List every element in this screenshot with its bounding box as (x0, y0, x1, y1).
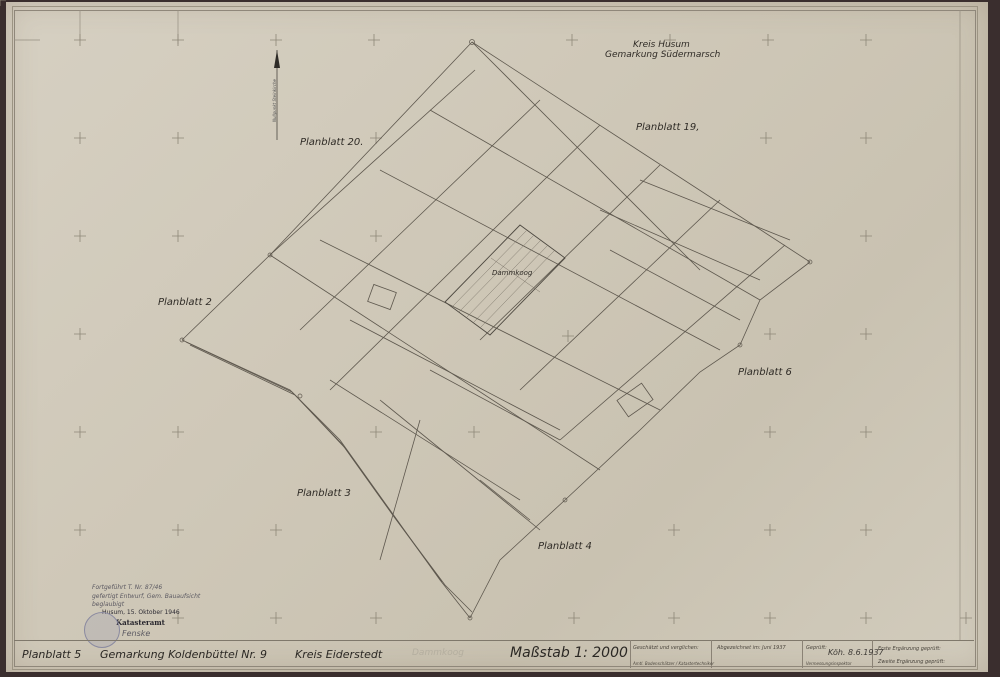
kreis-name: Kreis Eiderstedt (295, 648, 382, 661)
drawn-label: Abgezeichnet im: Juni 1937 (717, 645, 786, 651)
adjacent-sheet-19: Planblatt 19, (636, 122, 699, 133)
adjacent-sheet-20: Planblatt 20. (300, 137, 363, 148)
annotation-line-2: gefertigt Entwurf, Gem. Bauaufsicht (92, 593, 200, 600)
faded-stamp: Dammkoog (412, 648, 464, 658)
estimated-label: Geschätzt und verglichen: (633, 645, 699, 651)
north-arrow-label: Nullpunkt Steinkirche (272, 79, 277, 122)
adjacent-sheet-4: Planblatt 4 (538, 541, 592, 552)
adjacent-sheet-6: Planblatt 6 (738, 367, 792, 378)
annotation-signature: Fenske (122, 629, 150, 638)
annotation-place-date: Husum, 15. Oktober 1946 (102, 609, 180, 616)
sheet-number: Planblatt 5 (22, 648, 81, 661)
annotation-office: Katasteramt (116, 618, 165, 627)
annotation-line-3: beglaubigt (92, 601, 124, 608)
grid-crosses (0, 0, 6, 6)
grid-marks (74, 34, 972, 624)
cadastral-map (0, 0, 1000, 677)
gemarkung-name: Gemarkung Koldenbüttel Nr. 9 (100, 648, 267, 661)
annotation-line-1: Fortgeführt T. Nr. 87/46 (92, 584, 162, 591)
first-supplement-label: Erste Ergänzung geprüft: (878, 646, 941, 652)
estimated-sub: Amtl. Bodenschätzer / Katastertechniker (633, 661, 714, 666)
dammkoog-label: Dammkoog (492, 269, 532, 277)
header-gemarkung: Gemarkung Südermarsch (605, 50, 720, 60)
second-supplement-label: Zweite Ergänzung geprüft: (878, 659, 945, 665)
adjacent-sheet-3: Planblatt 3 (297, 488, 351, 499)
grid-lines (14, 10, 960, 640)
title-cell-checked (802, 640, 803, 668)
title-cell-estimated (630, 640, 631, 668)
checked-sub: Vermessungsinspektor (806, 661, 852, 666)
adjacent-sheet-2: Planblatt 2 (158, 297, 212, 308)
checked-signature: Köh. 8.6.1937 (828, 648, 884, 657)
checked-label: Geprüft: (806, 645, 827, 651)
header-kreis: Kreis Husum (633, 40, 690, 50)
dammkoog-parcel (445, 225, 565, 335)
scale-label: Maßstab 1: 2000 (510, 645, 628, 661)
survey-points (180, 40, 812, 621)
